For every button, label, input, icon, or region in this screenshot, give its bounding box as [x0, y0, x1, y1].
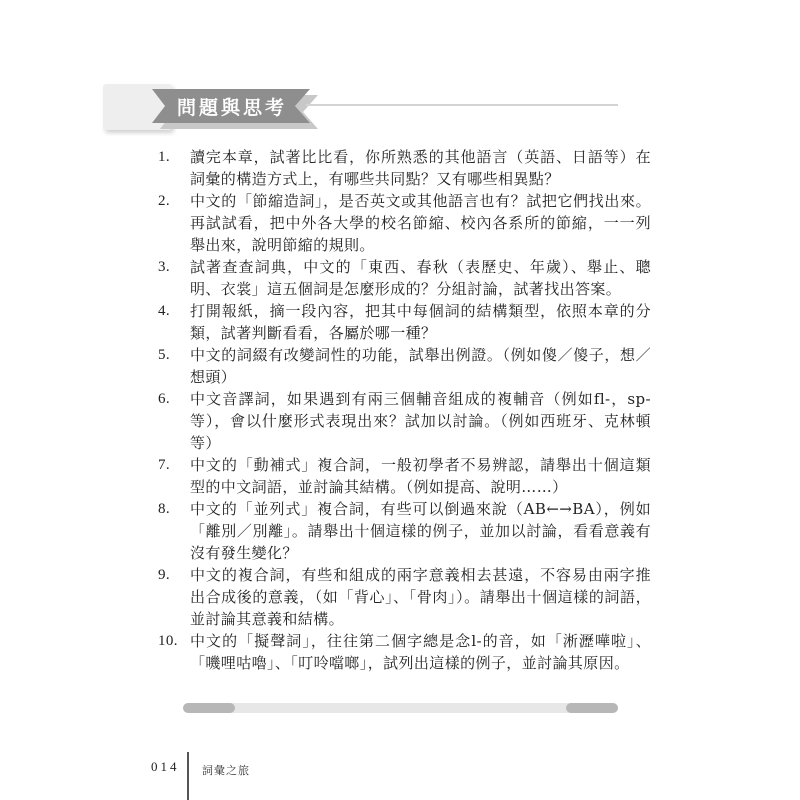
question-item-9: 9. 中文的複合詞，有些和組成的兩字意義相去甚遠，不容易由兩字推出合成後的意義，…	[155, 564, 651, 630]
footer-divider-line	[187, 752, 189, 800]
question-text: 中文的「節縮造詞」，是否英文或其他語言也有？試把它們找出來。再試試看，把中外各大…	[190, 190, 651, 256]
question-number: 3.	[155, 256, 190, 278]
question-text: 中文的「並列式」複合詞，有些可以倒過來說（AB←→BA），例如「離別／別離」。請…	[190, 498, 651, 564]
question-item-1: 1. 讀完本章，試著比比看，你所熟悉的其他語言（英語、日語等）在詞彙的構造方式上…	[155, 146, 651, 190]
divider-cap-left	[183, 703, 235, 713]
question-list: 1. 讀完本章，試著比比看，你所熟悉的其他語言（英語、日語等）在詞彙的構造方式上…	[155, 146, 651, 674]
question-item-6: 6. 中文音譯詞，如果遇到有兩三個輔音組成的複輔音（例如fl-，sp-等），會以…	[155, 388, 651, 454]
question-item-5: 5. 中文的詞綴有改變詞性的功能，試舉出例證。（例如傻／傻子，想／想頭）	[155, 344, 651, 388]
book-title: 詞彙之旅	[202, 762, 250, 778]
question-item-8: 8. 中文的「並列式」複合詞，有些可以倒過來說（AB←→BA），例如「離別／別離…	[155, 498, 651, 564]
question-number: 10.	[155, 630, 190, 652]
bottom-divider-bar	[183, 703, 618, 713]
question-item-10: 10. 中文的「擬聲詞」，往往第二個字總是念l-的音，如「淅瀝嘩啦」、「嘰哩咕嚕…	[155, 630, 651, 674]
question-text: 中文音譯詞，如果遇到有兩三個輔音組成的複輔音（例如fl-，sp-等），會以什麼形…	[190, 388, 651, 454]
question-text: 試著查查詞典，中文的「東西、春秋（表歷史、年歲）、舉止、聰明、衣裳」這五個詞是怎…	[190, 256, 651, 300]
question-number: 7.	[155, 454, 190, 476]
question-number: 9.	[155, 564, 190, 586]
section-title: 問題與思考	[177, 93, 287, 120]
question-item-3: 3. 試著查查詞典，中文的「東西、春秋（表歷史、年歲）、舉止、聰明、衣裳」這五個…	[155, 256, 651, 300]
question-number: 2.	[155, 190, 190, 212]
question-text: 中文的詞綴有改變詞性的功能，試舉出例證。（例如傻／傻子，想／想頭）	[190, 344, 651, 388]
question-item-2: 2. 中文的「節縮造詞」，是否英文或其他語言也有？試把它們找出來。再試試看，把中…	[155, 190, 651, 256]
question-text: 中文的複合詞，有些和組成的兩字意義相去甚遠，不容易由兩字推出合成後的意義，（如「…	[190, 564, 651, 630]
question-number: 5.	[155, 344, 190, 366]
question-number: 8.	[155, 498, 190, 520]
question-number: 6.	[155, 388, 190, 410]
question-text: 打開報紙，摘一段內容，把其中每個詞的結構類型，依照本章的分類，試著判斷看看，各屬…	[190, 300, 651, 344]
question-number: 1.	[155, 146, 190, 168]
question-text: 中文的「擬聲詞」，往往第二個字總是念l-的音，如「淅瀝嘩啦」、「嘰哩咕嚕」、「叮…	[190, 630, 651, 674]
book-page: 問題與思考 1. 讀完本章，試著比比看，你所熟悉的其他語言（英語、日語等）在詞彙…	[0, 0, 800, 800]
question-number: 4.	[155, 300, 190, 322]
question-text: 中文的「動補式」複合詞，一般初學者不易辨認，請舉出十個這類型的中文詞語，並討論其…	[190, 454, 651, 498]
question-item-7: 7. 中文的「動補式」複合詞，一般初學者不易辨認，請舉出十個這類型的中文詞語，並…	[155, 454, 651, 498]
question-text: 讀完本章，試著比比看，你所熟悉的其他語言（英語、日語等）在詞彙的構造方式上，有哪…	[190, 146, 651, 190]
header-rule-line	[306, 104, 618, 106]
section-banner: 問題與思考	[152, 89, 310, 123]
page-number: 014	[151, 759, 180, 775]
question-item-4: 4. 打開報紙，摘一段內容，把其中每個詞的結構類型，依照本章的分類，試著判斷看看…	[155, 300, 651, 344]
divider-cap-right	[566, 703, 618, 713]
